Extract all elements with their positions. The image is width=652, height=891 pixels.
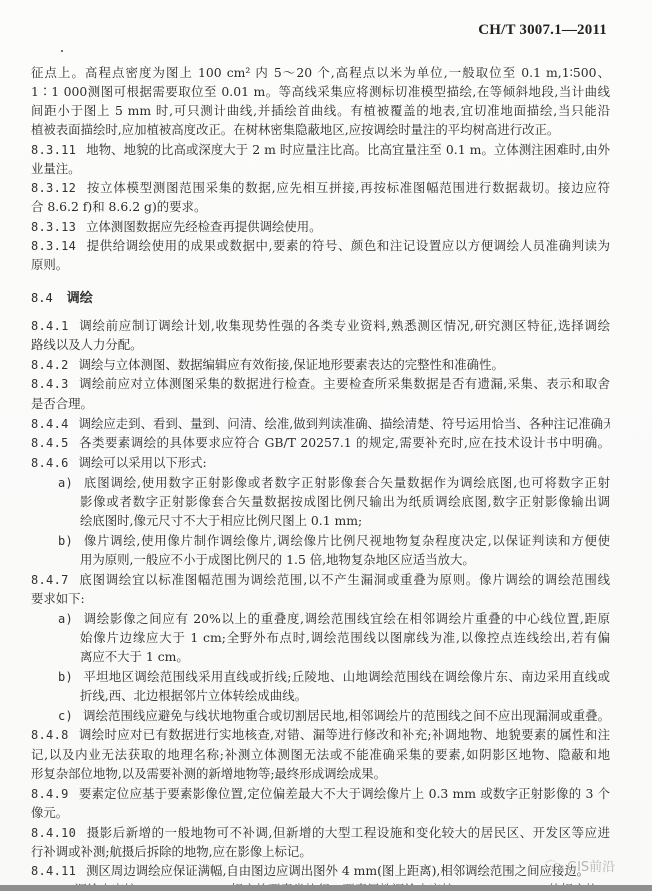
text-line: 行补调或补测;航摄后拆除的地物,应在影像上标记。 bbox=[31, 842, 610, 862]
line-text: 像片调绘,使用像片制作调绘像片,调绘像片比例尺视地物复杂程度决定,以保证判读和方… bbox=[83, 533, 610, 548]
clause-line: 8.3.13立体测图数据应先经检查再提供调绘使用。 bbox=[31, 217, 610, 237]
line-text: 要素定位应基于要素影像位置,定位偏差最大不大于调绘像片上 0.3 mm 或数字正… bbox=[79, 786, 610, 801]
section-number: 8.4 bbox=[31, 291, 53, 305]
clause-line: 8.4.1调绘前应制订调绘计划,收集现势性强的各类专业资料,熟悉测区情况,研究测… bbox=[31, 316, 610, 336]
clause-number: 8.4.7 bbox=[31, 573, 69, 587]
line-text: 各类要素调绘的具体要求应符合 GB/T 20257.1 的规定,需要补充时,应在… bbox=[79, 435, 610, 450]
line-text: 调绘前应制订调绘计划,收集现势性强的各类专业资料,熟悉测区情况,研究测区特征,选… bbox=[79, 318, 610, 333]
section-heading: 8.4调绘 bbox=[31, 287, 93, 306]
text-line: 影像或者数字正射影像套合矢量数据按成图比例尺输出为纸质调绘底图,数字正射影像输出… bbox=[80, 492, 610, 512]
clause-number: b) bbox=[58, 534, 73, 548]
clause-line: 8.4.8调绘时应对已有数据进行实地核查,对错、漏等进行修改和补充;补调地物、地… bbox=[31, 725, 610, 745]
line-text: 要求如下: bbox=[31, 591, 85, 606]
text-line: 记,以及内业无法获取的地理名称;补测立体测图无法或不能准确采集的要素,如阴影区地… bbox=[31, 745, 610, 765]
line-text: 1∶1 000测图可根据需要取位至 0.01 m。等高线采集应将测标切准模型描绘… bbox=[31, 84, 610, 99]
clause-line: 8.3.14提供给调绘使用的成果或数据中,要素的符号、颜色和注记设置应以方便调绘… bbox=[31, 236, 610, 256]
text-line: 路线以及人力分配。 bbox=[31, 335, 610, 355]
clause-number: 8.3.13 bbox=[31, 220, 76, 234]
line-text: 底图调绘,使用数字正射影像或者数字正射影像套合矢量数据作为调绘底图,也可将数字正… bbox=[83, 475, 610, 490]
clause-line: 8.3.11地物、地貌的比高或深度大于 2 m 时应量注比高。比高宜量注至 0.… bbox=[31, 140, 610, 160]
clause-number: 8.4.3 bbox=[31, 377, 69, 391]
clause-line: b)像片调绘,使用像片制作调绘像片,调绘像片比例尺视地物复杂程度决定,以保证判读… bbox=[58, 531, 610, 551]
scan-speck bbox=[61, 50, 63, 52]
text-line: 是否合理。 bbox=[31, 394, 610, 414]
text-line: 要求如下: bbox=[31, 589, 610, 609]
line-text: 用为原则,一般应不小于成图比例尺的 1.5 倍,地物复杂地区应适当放大。 bbox=[80, 552, 475, 567]
clause-line: a)底图调绘,使用数字正射影像或者数字正射影像套合矢量数据作为调绘底图,也可将数… bbox=[58, 473, 610, 493]
line-text: 间距小于图上 5 mm 时,可只测计曲线,并插绘首曲线。有植被覆盖的地表,宜切准… bbox=[31, 103, 610, 118]
clause-line: 8.3.12按立体模型测图范围采集的数据,应先相互拼接,再按标准图幅范围进行数据… bbox=[31, 178, 610, 198]
wechat-icon bbox=[545, 860, 563, 872]
clause-number: 8.3.11 bbox=[31, 143, 76, 157]
text-line: 折线,西、北边根据邻片立体转绘成曲线。 bbox=[80, 686, 610, 706]
clause-number: a) bbox=[58, 612, 73, 626]
line-text: 按立体模型测图范围采集的数据,应先相互拼接,再按标准图幅范围进行数据裁切。接边应… bbox=[86, 180, 610, 195]
clause-number: 8.4.4 bbox=[31, 417, 69, 431]
clause-number: 8.4.5 bbox=[31, 436, 69, 450]
clause-line: 8.4.6调绘可以采用以下形式: bbox=[31, 453, 610, 473]
text-line: 业量注。 bbox=[31, 159, 610, 179]
clause-line: 8.4.2调绘与立体测图、数据编辑应有效衔接,保证地形要素表达的完整性和准确性。 bbox=[31, 355, 610, 375]
bottom-edge-bar bbox=[0, 885, 652, 891]
line-text: 业量注。 bbox=[31, 161, 81, 176]
line-text: 是否合理。 bbox=[31, 396, 93, 411]
text-line: 用为原则,一般应不小于成图比例尺的 1.5 倍,地物复杂地区应适当放大。 bbox=[80, 550, 610, 570]
line-text: 调绘时应对已有数据进行实地核查,对错、漏等进行修改和补充;补调地物、地貌要素的属… bbox=[79, 727, 610, 742]
text-line: 1∶1 000测图可根据需要取位至 0.01 m。等高线采集应将测标切准模型描绘… bbox=[31, 82, 610, 102]
line-text: 调绘应走到、看到、量到、问清、绘准,做到判读准确、描绘清楚、符号运用恰当、各种注… bbox=[79, 416, 610, 431]
line-text: 记,以及内业无法获取的地理名称;补测立体测图无法或不能准确采集的要素,如阴影区地… bbox=[31, 747, 610, 762]
line-text: 调绘可以采用以下形式: bbox=[79, 455, 207, 470]
clause-number: 8.4.9 bbox=[31, 787, 69, 801]
clause-number: c) bbox=[58, 709, 73, 723]
line-text: 像元。 bbox=[31, 805, 68, 820]
clause-number: a) bbox=[58, 476, 73, 490]
line-text: 调绘影像之间应有 20%以上的重叠度,调绘范围线宜绘在相邻调绘片重叠的中心线位置… bbox=[83, 611, 610, 626]
document-page: CH/T 3007.1—2011 征点上。高程点密度为图上 100 cm² 内 … bbox=[0, 0, 652, 891]
text-line: 形复杂部位地物,以及需要补测的新增地物等;最终形成调绘成果。 bbox=[31, 764, 610, 784]
clause-line: 8.4.11测区周边调绘应保证满幅,自由图边应调出图外 4 mm(图上距离),相… bbox=[31, 861, 610, 881]
text-line: 植被表面描绘时,应加植被高度改正。在树林密集隐蔽地区,应按调绘时量注的平均树高进… bbox=[31, 120, 610, 140]
clause-line: b)平坦地区调绘范围线采用直线或折线;丘陵地、山地调绘范围线在调绘像片东、南边采… bbox=[58, 667, 610, 687]
text-line: 合 8.6.2 f)和 8.6.2 g)的要求。 bbox=[31, 197, 610, 217]
clause-number: 8.4.2 bbox=[31, 358, 69, 372]
line-text: 摄影后新增的一般地物可不补调,但新增的大型工程设施和变化较大的居民区、开发区等应… bbox=[86, 825, 610, 840]
line-text: 原则。 bbox=[31, 257, 68, 272]
line-text: 离应不大于 1 cm。 bbox=[80, 649, 189, 664]
text-line: 间距小于图上 5 mm 时,可只测计曲线,并插绘首曲线。有植被覆盖的地表,宜切准… bbox=[31, 101, 610, 121]
line-text: 地物、地貌的比高或深度大于 2 m 时应量注比高。比高宜量注至 0.1 m。立体… bbox=[86, 142, 610, 157]
line-text: 调绘与立体测图、数据编辑应有效衔接,保证地形要素表达的完整性和准确性。 bbox=[79, 357, 504, 372]
section-title: 调绘 bbox=[67, 291, 93, 306]
text-line: 始像片边缘应大于 1 cm;全野外布点时,调绘范围线以图廓线为准,以像控点连线绘… bbox=[80, 628, 610, 648]
clause-number: 8.3.14 bbox=[31, 239, 76, 253]
line-text: 折线,西、北边根据邻片立体转绘成曲线。 bbox=[80, 688, 307, 703]
clause-number: b) bbox=[58, 670, 73, 684]
clause-number: 8.4.8 bbox=[31, 728, 69, 742]
clause-line: 8.4.4调绘应走到、看到、量到、问清、绘准,做到判读准确、描绘清楚、符号运用恰… bbox=[31, 414, 610, 434]
line-text: 始像片边缘应大于 1 cm;全野外布点时,调绘范围线以图廓线为准,以像控点连线绘… bbox=[80, 630, 610, 645]
text-line: 离应不大于 1 cm。 bbox=[80, 647, 610, 667]
line-text: 植被表面描绘时,应加植被高度改正。在树林密集隐蔽地区,应按调绘时量注的平均树高进… bbox=[31, 122, 559, 137]
text-line: 绘底图时,像元尺寸不大于相应比例尺图上 0.1 mm; bbox=[80, 511, 610, 531]
clause-number: 8.4.1 bbox=[31, 319, 69, 333]
line-text: 路线以及人力分配。 bbox=[31, 337, 143, 352]
line-text: 底图调绘宜以标准图幅范围为调绘范围,以不产生漏洞或重叠为原则。像片调绘的调绘范围… bbox=[79, 572, 610, 587]
clause-line: a)调绘影像之间应有 20%以上的重叠度,调绘范围线宜绘在相邻调绘片重叠的中心线… bbox=[58, 609, 610, 629]
watermark-label: GIS前沿 bbox=[567, 856, 615, 875]
line-text: 征点上。高程点密度为图上 100 cm² 内 5～20 个,高程点以米为单位,一… bbox=[31, 65, 610, 80]
watermark: GIS前沿 bbox=[545, 856, 615, 875]
line-text: 行补调或补测;航摄后拆除的地物,应在影像上标记。 bbox=[31, 844, 312, 859]
clause-line: 8.4.10摄影后新增的一般地物可不补调,但新增的大型工程设施和变化较大的居民区… bbox=[31, 823, 610, 843]
line-text: 平坦地区调绘范围线采用直线或折线;丘陵地、山地调绘范围线在调绘像片东、南边采用直… bbox=[83, 669, 610, 684]
line-text: 调绘范围线应避免与线状地物重合或切割居民地,相邻调绘片的范围线之间不应出现漏洞或… bbox=[83, 708, 610, 723]
line-text: 测区周边调绘应保证满幅,自由图边应调出图外 4 mm(图上距离),相邻调绘范围之… bbox=[86, 863, 589, 878]
line-text: 立体测图数据应先经检查再提供调绘使用。 bbox=[86, 219, 321, 234]
clause-number: 8.4.10 bbox=[31, 826, 76, 840]
clause-number: 8.3.12 bbox=[31, 181, 76, 195]
clause-number: 8.4.6 bbox=[31, 456, 69, 470]
clause-line: 8.4.9要素定位应基于要素影像位置,定位偏差最大不大于调绘像片上 0.3 mm… bbox=[31, 784, 610, 804]
standard-code-header: CH/T 3007.1—2011 bbox=[478, 22, 607, 39]
line-text: 形复杂部位地物,以及需要补测的新增地物等;最终形成调绘成果。 bbox=[31, 766, 386, 781]
clause-number: 8.4.11 bbox=[31, 864, 76, 878]
text-line: 原则。 bbox=[31, 255, 610, 275]
clause-line: 8.4.7底图调绘宜以标准图幅范围为调绘范围,以不产生漏洞或重叠为原则。像片调绘… bbox=[31, 570, 610, 590]
line-text: 调绘前应对立体测图采集的数据进行检查。主要检查所采集数据是否有遗漏,采集、表示和… bbox=[79, 376, 610, 391]
line-text: 合 8.6.2 f)和 8.6.2 g)的要求。 bbox=[31, 199, 206, 214]
clause-line: 8.4.5各类要素调绘的具体要求应符合 GB/T 20257.1 的规定,需要补… bbox=[31, 433, 610, 453]
text-line: 像元。 bbox=[31, 803, 610, 823]
line-text: 绘底图时,像元尺寸不大于相应比例尺图上 0.1 mm; bbox=[80, 513, 362, 528]
text-line: 征点上。高程点密度为图上 100 cm² 内 5～20 个,高程点以米为单位,一… bbox=[31, 63, 610, 83]
line-text: 提供给调绘使用的成果或数据中,要素的符号、颜色和注记设置应以方便调绘人员准确判读… bbox=[86, 238, 610, 253]
clause-line: c)调绘范围线应避免与线状地物重合或切割居民地,相邻调绘片的范围线之间不应出现漏… bbox=[58, 706, 610, 726]
line-text: 影像或者数字正射影像套合矢量数据按成图比例尺输出为纸质调绘底图,数字正射影像输出… bbox=[80, 494, 610, 509]
clause-line: 8.4.3调绘前应对立体测图采集的数据进行检查。主要检查所采集数据是否有遗漏,采… bbox=[31, 374, 610, 394]
